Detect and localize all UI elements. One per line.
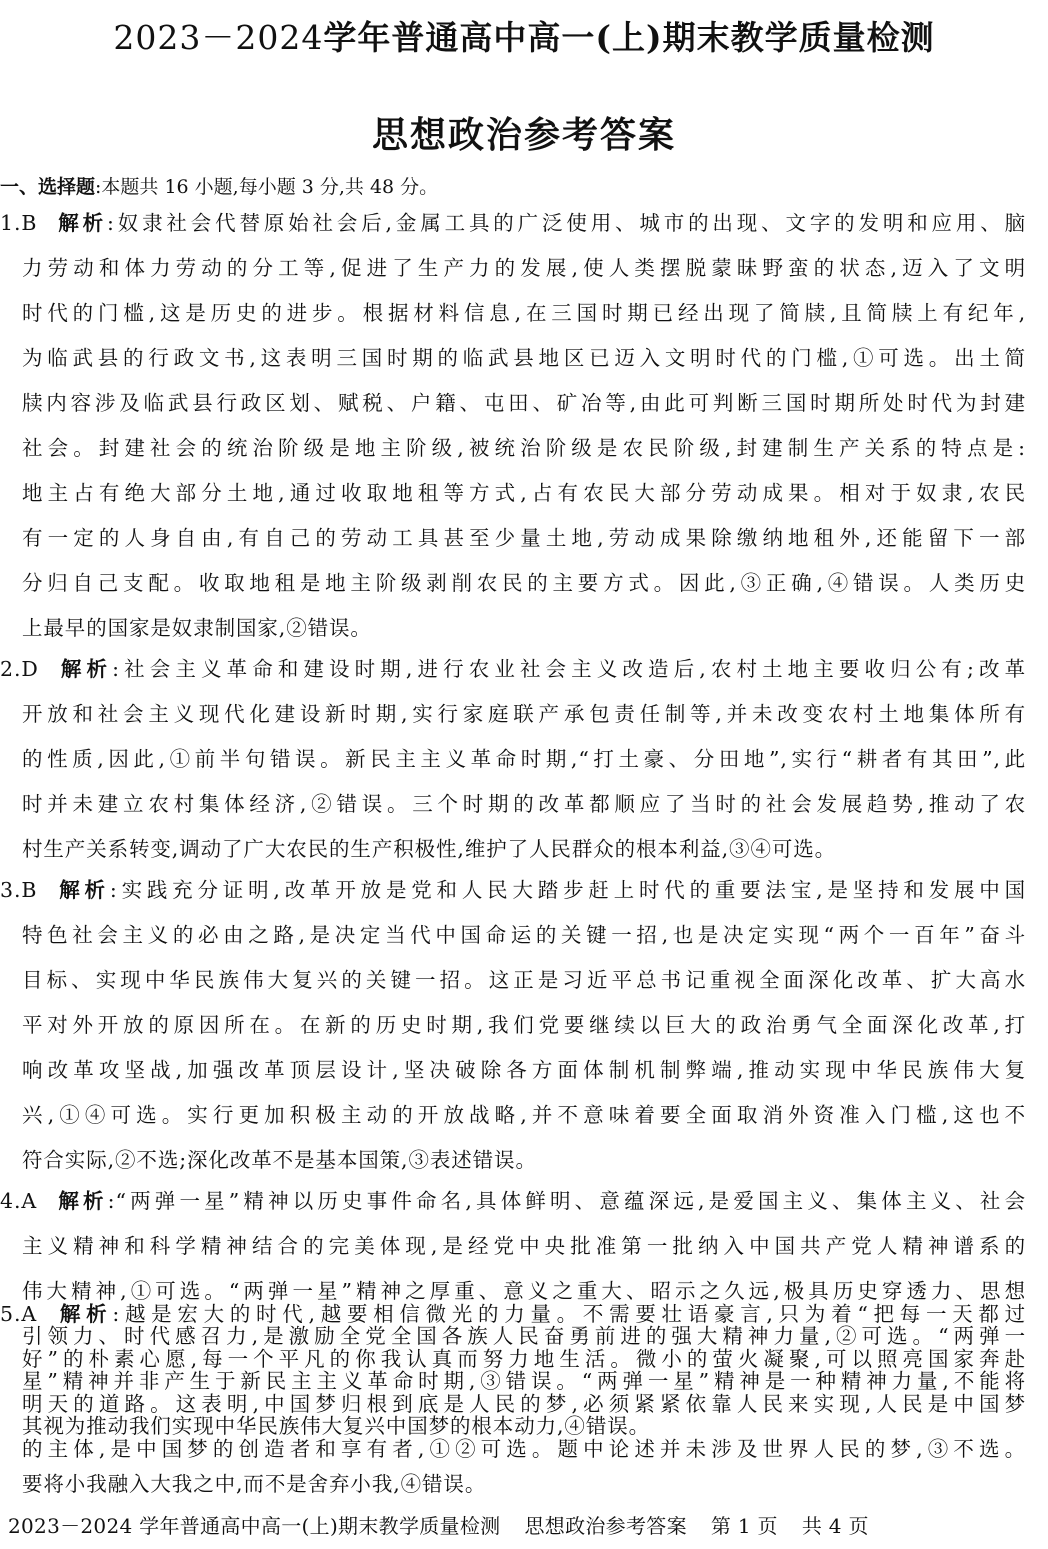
analysis-label: 解析 [55, 1302, 112, 1326]
footer-exam-title: 2023－2024 学年普通高中高一(上)期末教学质量检测 [8, 1514, 500, 1538]
analysis-label: 解析 [57, 657, 112, 681]
answer-number: 3.B [0, 878, 37, 902]
answer-line: 1.B解析:奴隶社会代替原始社会后,金属工具的广泛使用、城市的出现、文字的发明和… [0, 206, 1026, 236]
footer-total-pages: 共 4 页 [802, 1514, 869, 1538]
answer-line: 目标、实现中华民族伟大复兴的关键一招。这正是习近平总书记重视全面深化改革、扩大高… [22, 963, 1026, 993]
answer-line: 要将小我融入大我之中,而不是舍弃小我,④错误。 [22, 1467, 1026, 1497]
answer-line: 社会。封建社会的统治阶级是地主阶级,被统治阶级是农民阶级,封建制生产关系的特点是… [22, 431, 1026, 461]
answer-line: 上最早的国家是奴隶制国家,②错误。 [22, 611, 1026, 641]
answer-line: 明天的道路。这表明,中国梦归根到底是人民的梦,必须紧紧依靠人民来实现,人民是中国… [22, 1387, 1026, 1417]
answer-line: 村生产关系转变,调动了广大农民的生产积极性,维护了人民群众的根本利益,③④可选。 [22, 832, 1026, 862]
answer-line: 4.A解析:“两弹一星”精神以历史事件命名,具体鲜明、意蕴深远,是爱国主义、集体… [0, 1184, 1026, 1214]
section-description: :本题共 16 小题,每小题 3 分,共 48 分。 [95, 176, 438, 198]
answer-line: 好”的朴素心愿,每一个平凡的你我认真而努力地生活。微小的萤火凝聚,可以照亮国家奔… [22, 1342, 1026, 1372]
analysis-label: 解析 [55, 878, 110, 902]
answer-line: 3.B解析:实践充分证明,改革开放是党和人民大踏步赶上时代的重要法宝,是坚持和发… [0, 873, 1026, 903]
answer-text: :奴隶社会代替原始社会后,金属工具的广泛使用、城市的出现、文字的发明和应用、脑 [107, 211, 1026, 235]
answer-line: 平对外开放的原因所在。在新的历史时期,我们党要继续以巨大的政治勇气全面深化改革,… [22, 1008, 1026, 1038]
answer-text: :越是宏大的时代,越要相信微光的力量。不需要壮语豪言,只为着“把每一天都过 [112, 1302, 1026, 1326]
answer-line: 的主体,是中国梦的创造者和享有者,①②可选。题中论述并未涉及世界人民的梦,③不选… [22, 1432, 1026, 1462]
answer-line: 力劳动和体力劳动的分工等,促进了生产力的发展,使人类摆脱蒙昧野蛮的状态,迈入了文… [22, 251, 1026, 281]
section-heading: 一、选择题:本题共 16 小题,每小题 3 分,共 48 分。 [0, 172, 438, 199]
answer-line: 开放和社会主义现代化建设新时期,实行家庭联产承包责任制等,并未改变农村土地集体所… [22, 697, 1026, 727]
answer-number: 4.A [0, 1189, 37, 1213]
answer-line: 地主占有绝大部分土地,通过收取地租等方式,占有农民大部分劳动成果。相对于奴隶,农… [22, 476, 1026, 506]
answer-line: 牍内容涉及临武县行政区划、赋税、户籍、屯田、矿冶等,由此可判断三国时期所处时代为… [22, 386, 1026, 416]
answer-line: 2.D解析:社会主义革命和建设时期,进行农业社会主义改造后,农村土地主要收归公有… [0, 652, 1026, 682]
answer-line: 分归自己支配。收取地租是地主阶级剥削农民的主要方式。因此,③正确,④错误。人类历… [22, 566, 1026, 596]
footer-document-name: 思想政治参考答案 [524, 1514, 686, 1538]
page-footer: 2023－2024 学年普通高中高一(上)期末教学质量检测思想政治参考答案第 1… [8, 1510, 893, 1539]
answer-line: 主义精神和科学精神结合的完美体现,是经党中央批准第一批纳入中国共产党人精神谱系的 [22, 1229, 1026, 1259]
document-subtitle: 思想政治参考答案 [0, 107, 1048, 158]
answer-line: 符合实际,②不选;深化改革不是基本国策,③表述错误。 [22, 1143, 1026, 1173]
answer-text: :实践充分证明,改革开放是党和人民大踏步赶上时代的重要法宝,是坚持和发展中国 [110, 878, 1026, 902]
exam-title-year: 2023－2024 [113, 18, 323, 57]
exam-title-text: 学年普通高中高一(上)期末教学质量检测 [323, 18, 934, 57]
answer-line: 有一定的人身自由,有自己的劳动工具甚至少量土地,劳动成果除缴纳地租外,还能留下一… [22, 521, 1026, 551]
footer-page-number: 第 1 页 [711, 1514, 778, 1538]
answer-text: :“两弹一星”精神以历史事件命名,具体鲜明、意蕴深远,是爱国主义、集体主义、社会 [108, 1189, 1026, 1213]
answer-number: 5.A [0, 1302, 37, 1326]
answer-line: 时并未建立农村集体经济,②错误。三个时期的改革都顺应了当时的社会发展趋势,推动了… [22, 787, 1026, 817]
answer-number: 1.B [0, 211, 37, 235]
answer-line: 兴,①④可选。实行更加积极主动的开放战略,并不意味着要全面取消外资准入门槛,这也… [22, 1098, 1026, 1128]
answer-line: 为临武县的行政文书,这表明三国时期的临武县地区已迈入文明时代的门槛,①可选。出土… [22, 341, 1026, 371]
analysis-label: 解析 [55, 1189, 108, 1213]
exam-title: 2023－2024学年普通高中高一(上)期末教学质量检测 [0, 12, 1048, 59]
answer-line: 的性质,因此,①前半句错误。新民主主义革命时期,“打土豪、分田地”,实行“耕者有… [22, 742, 1026, 772]
answer-line: 5.A解析:越是宏大的时代,越要相信微光的力量。不需要壮语豪言,只为着“把每一天… [0, 1297, 1026, 1327]
analysis-label: 解析 [55, 211, 107, 235]
answer-text: :社会主义革命和建设时期,进行农业社会主义改造后,农村土地主要收归公有;改革 [112, 657, 1026, 681]
answer-line: 时代的门槛,这是历史的进步。根据材料信息,在三国时期已经出现了简牍,且简牍上有纪… [22, 296, 1026, 326]
answer-number: 2.D [0, 657, 39, 681]
answer-line: 响改革攻坚战,加强改革顶层设计,坚决破除各方面体制机制弊端,推动实现中华民族伟大… [22, 1053, 1026, 1083]
section-label: 一、选择题 [0, 176, 95, 198]
answer-line: 特色社会主义的必由之路,是决定当代中国命运的关键一招,也是决定实现“两个一百年”… [22, 918, 1026, 948]
